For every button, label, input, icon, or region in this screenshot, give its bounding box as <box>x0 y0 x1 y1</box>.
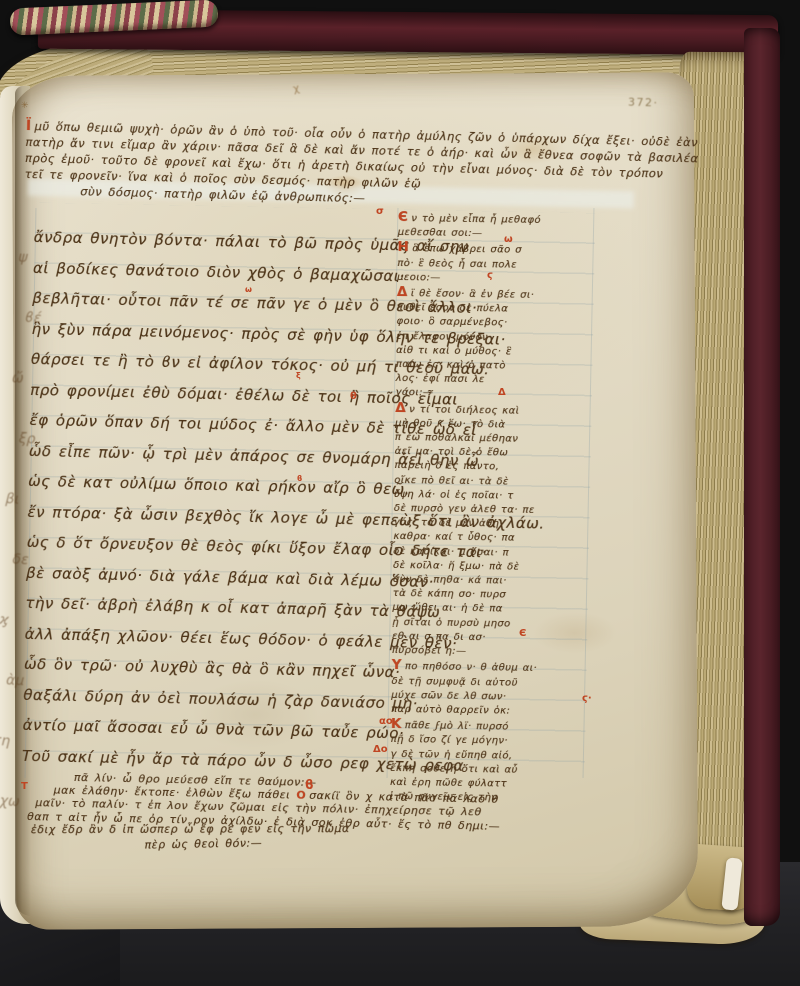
leather-cover-right-edge <box>744 28 780 926</box>
commentary-right-column: Єν τὸ μὲν εἶπα ἦ μεθαφόμεθεσθαι σοι:—Ηἃ … <box>390 210 590 807</box>
rubric-mark: Є <box>519 628 526 639</box>
rubric-mark: σ <box>376 206 384 217</box>
header-text-block: Ϊμῦ ὅπω θεμιῶ ψυχὴ· ὁρῶν ἂν ὁ ὑπὸ τοῦ· ο… <box>24 118 596 212</box>
rubric-initial: Υ <box>392 657 402 673</box>
rubric-mark: ϛ <box>487 270 493 281</box>
rubric-initial: Δ <box>395 400 406 416</box>
rubric-mark: Δο <box>373 744 388 755</box>
margin-asterisk-mark: ✳ <box>21 101 29 111</box>
rubric-initial: Ϊ <box>26 118 32 134</box>
rubric-mark: αο <box>379 716 393 727</box>
rubric-mark: ω <box>504 234 513 245</box>
rubric-mark: ϐ <box>305 778 313 793</box>
main-text-left-column: ἄνδρα θνητὸν βόντα· πάλαι τὸ βῶ πρὸς ὑμᾶ… <box>22 222 404 779</box>
rubric-mark: ω <box>245 285 252 294</box>
rubric-mark: ϛ· <box>582 693 592 704</box>
rubric-mark: Τ <box>21 781 28 792</box>
manuscript-photo: ψϐέὤξρβιδεϗὰμτηχω 372· ✳ χ Ϊμῦ ὅπω θεμιῶ… <box>0 0 800 986</box>
rubric-mark: ξ <box>296 371 301 380</box>
rubric-mark: ϐ <box>297 474 302 483</box>
rubric-mark: θ <box>350 391 357 402</box>
rubric-mark: Δ <box>498 387 506 398</box>
manuscript-line: Υπο πηθόσο ν· θ ἀθυμ αι· <box>392 658 584 677</box>
rubric-initial: Δ <box>397 284 408 300</box>
folio-number: 372· <box>628 96 659 110</box>
rubric-initial: Є <box>398 209 409 225</box>
rubric-initial: Η <box>397 239 409 255</box>
footer-text-block: πᾶ λίν· ὦ θρο μεύεσθ εἴπ τε θαύμον:—μακ … <box>26 770 628 862</box>
